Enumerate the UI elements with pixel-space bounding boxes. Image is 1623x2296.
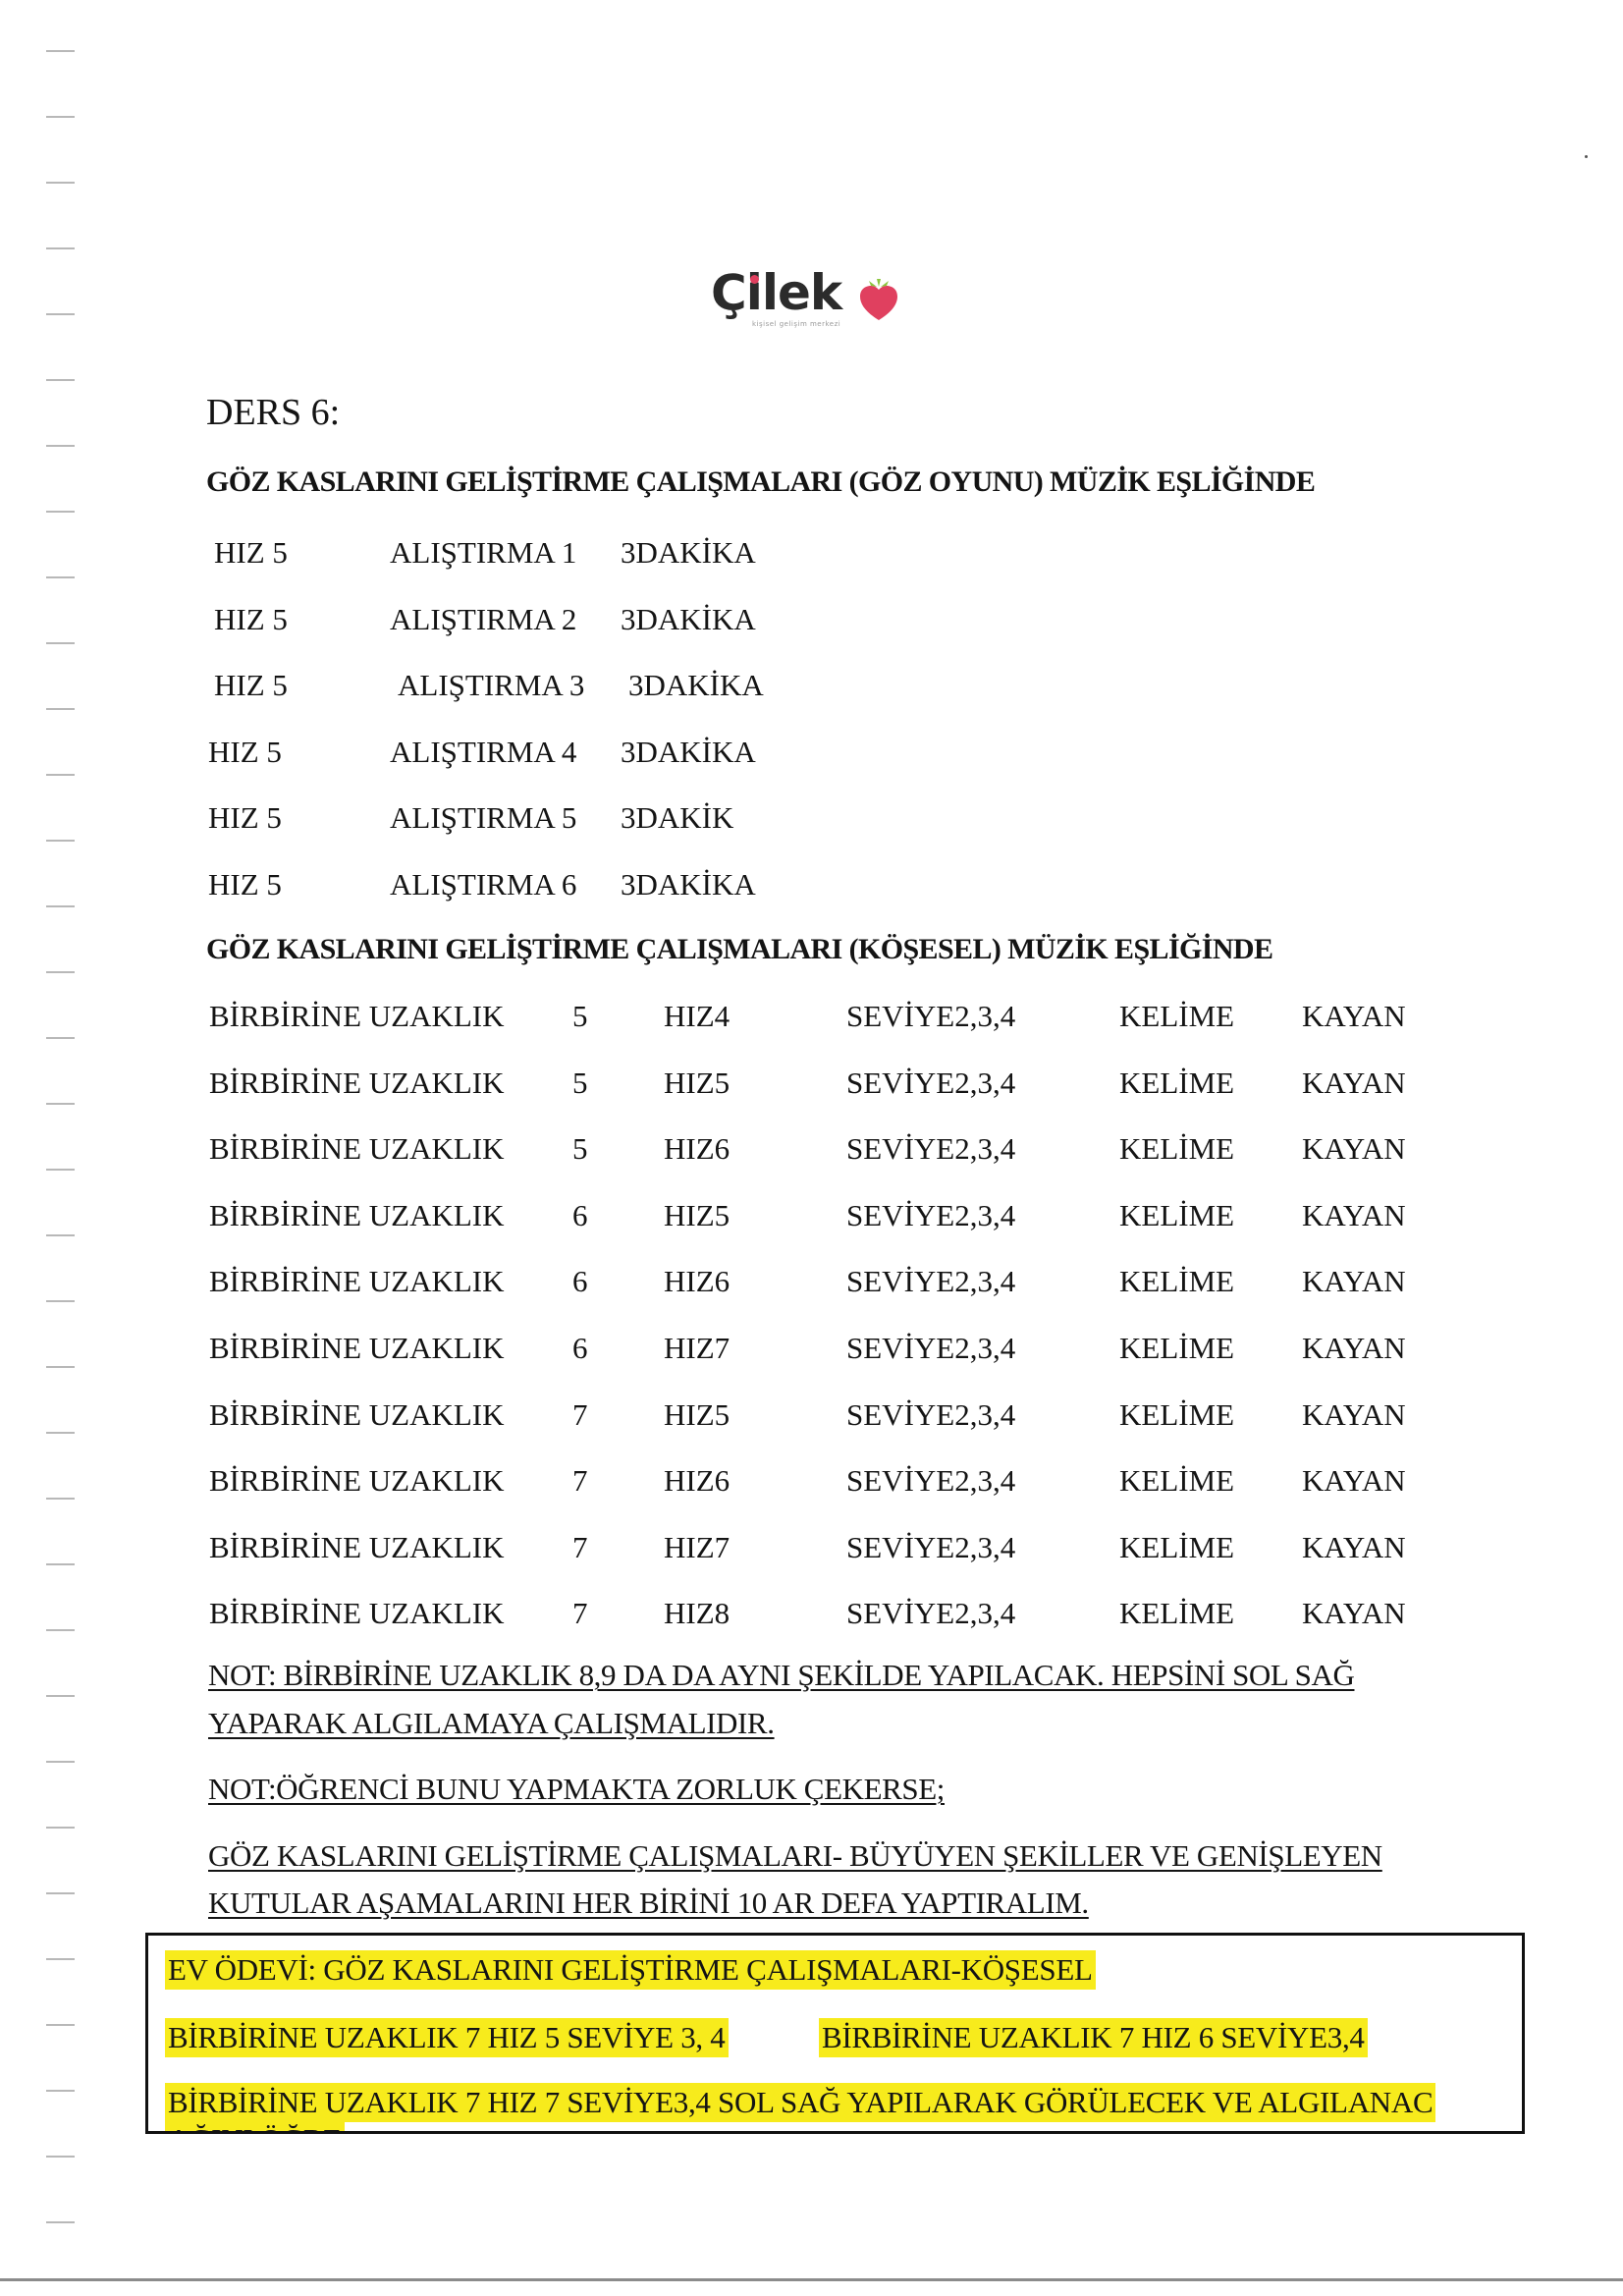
note1-line2: YAPARAK ALGILAMAYA ÇALIŞMALIDIR. bbox=[208, 1706, 775, 1741]
section2-row-level: SEVİYE2,3,4 bbox=[846, 1131, 1015, 1167]
section2-row-speed: HIZ5 bbox=[664, 1397, 730, 1433]
section2-row-mode: KAYAN bbox=[1302, 1264, 1406, 1299]
note3-line1: GÖZ KASLARINI GELİŞTİRME ÇALIŞMALARI- BÜ… bbox=[208, 1838, 1382, 1874]
section2-row-label: BİRBİRİNE UZAKLIK bbox=[209, 1131, 505, 1167]
section2-row-speed: HIZ6 bbox=[664, 1264, 730, 1299]
section2-row-speed: HIZ6 bbox=[664, 1463, 730, 1499]
margin-mark bbox=[46, 971, 75, 973]
margin-mark bbox=[46, 576, 75, 578]
margin-mark bbox=[46, 1103, 75, 1105]
section2-row-speed: HIZ6 bbox=[664, 1131, 730, 1167]
margin-mark bbox=[46, 511, 75, 513]
section1-row-speed: HIZ 5 bbox=[208, 867, 282, 902]
section1-row-duration: 3DAKİKA bbox=[621, 602, 756, 637]
margin-mark bbox=[46, 1892, 75, 1894]
section1-row-speed: HIZ 5 bbox=[214, 535, 288, 571]
margin-mark bbox=[46, 116, 75, 118]
section1-row-exercise: ALIŞTIRMA 3 bbox=[398, 668, 584, 703]
logo-tagline: kişisel gelişim merkezi bbox=[752, 320, 840, 328]
section1-row-speed: HIZ 5 bbox=[208, 800, 282, 836]
section2-row-speed: HIZ5 bbox=[664, 1198, 730, 1233]
section2-row-label: BİRBİRİNE UZAKLIK bbox=[209, 1397, 505, 1433]
section1-row-exercise: ALIŞTIRMA 5 bbox=[390, 800, 576, 836]
homework-line3: BİRBİRİNE UZAKLIK 7 HIZ 7 SEVİYE3,4 SOL … bbox=[165, 2083, 1435, 2122]
section2-row-speed: HIZ5 bbox=[664, 1066, 730, 1101]
section2-row-label: BİRBİRİNE UZAKLIK bbox=[209, 1530, 505, 1565]
strawberry-icon bbox=[858, 277, 899, 322]
section2-row-type: KELİME bbox=[1119, 1198, 1234, 1233]
section2-row-level: SEVİYE2,3,4 bbox=[846, 1066, 1015, 1101]
section2-row-mode: KAYAN bbox=[1302, 1131, 1406, 1167]
note3-line2: KUTULAR AŞAMALARINI HER BİRİNİ 10 AR DEF… bbox=[208, 1886, 1089, 1921]
section2-row-distance: 5 bbox=[572, 999, 588, 1034]
section1-row-duration: 3DAKİKA bbox=[628, 668, 764, 703]
section2-row-level: SEVİYE2,3,4 bbox=[846, 1397, 1015, 1433]
section1-row-exercise: ALIŞTIRMA 4 bbox=[390, 735, 576, 770]
section2-row-mode: KAYAN bbox=[1302, 1463, 1406, 1499]
section2-row-distance: 5 bbox=[572, 1066, 588, 1101]
margin-mark bbox=[46, 1563, 75, 1565]
section2-row-mode: KAYAN bbox=[1302, 999, 1406, 1034]
margin-mark bbox=[46, 905, 75, 907]
margin-mark bbox=[46, 2024, 75, 2026]
homework-line2b: BİRBİRİNE UZAKLIK 7 HIZ 6 SEVİYE3,4 bbox=[819, 2018, 1368, 2057]
section1-row-duration: 3DAKİKA bbox=[621, 867, 756, 902]
margin-mark bbox=[46, 182, 75, 184]
section1-row-duration: 3DAKİKA bbox=[621, 535, 756, 571]
section2-row-mode: KAYAN bbox=[1302, 1198, 1406, 1233]
homework-box: EV ÖDEVİ: GÖZ KASLARINI GELİŞTİRME ÇALIŞ… bbox=[145, 1933, 1525, 2134]
margin-mark bbox=[46, 708, 75, 710]
section2-row-distance: 7 bbox=[572, 1397, 588, 1433]
section2-row-level: SEVİYE2,3,4 bbox=[846, 1463, 1015, 1499]
section2-row-mode: KAYAN bbox=[1302, 1596, 1406, 1631]
section1-row-duration: 3DAKİKA bbox=[621, 735, 756, 770]
margin-mark bbox=[46, 1498, 75, 1500]
margin-mark bbox=[46, 1366, 75, 1368]
section2-row-distance: 7 bbox=[572, 1530, 588, 1565]
section2-row-level: SEVİYE2,3,4 bbox=[846, 1331, 1015, 1366]
section2-row-type: KELİME bbox=[1119, 999, 1234, 1034]
section2-row-mode: KAYAN bbox=[1302, 1397, 1406, 1433]
section2-row-type: KELİME bbox=[1119, 1397, 1234, 1433]
section2-row-level: SEVİYE2,3,4 bbox=[846, 1264, 1015, 1299]
section2-row-speed: HIZ7 bbox=[664, 1530, 730, 1565]
section2-row-type: KELİME bbox=[1119, 1131, 1234, 1167]
margin-mark bbox=[46, 2090, 75, 2092]
margin-mark bbox=[46, 2221, 75, 2223]
margin-mark bbox=[46, 1169, 75, 1171]
section2-row-label: BİRBİRİNE UZAKLIK bbox=[209, 1066, 505, 1101]
section2-row-level: SEVİYE2,3,4 bbox=[846, 1530, 1015, 1565]
section2-row-mode: KAYAN bbox=[1302, 1331, 1406, 1366]
lesson-title: DERS 6: bbox=[206, 391, 340, 434]
scan-speck bbox=[1585, 155, 1588, 158]
section2-row-mode: KAYAN bbox=[1302, 1530, 1406, 1565]
section2-row-distance: 6 bbox=[572, 1264, 588, 1299]
section2-row-distance: 7 bbox=[572, 1596, 588, 1631]
section1-row-speed: HIZ 5 bbox=[214, 602, 288, 637]
section2-row-level: SEVİYE2,3,4 bbox=[846, 1596, 1015, 1631]
section2-row-distance: 6 bbox=[572, 1331, 588, 1366]
margin-mark bbox=[46, 50, 75, 52]
section2-row-label: BİRBİRİNE UZAKLIK bbox=[209, 999, 505, 1034]
section1-heading: GÖZ KASLARINI GELİŞTİRME ÇALIŞMALARI (GÖ… bbox=[206, 465, 1315, 499]
margin-mark bbox=[46, 1037, 75, 1039]
section2-row-label: BİRBİRİNE UZAKLIK bbox=[209, 1198, 505, 1233]
margin-mark bbox=[46, 1958, 75, 1960]
note1-line1: NOT: BİRBİRİNE UZAKLIK 8,9 DA DA AYNI ŞE… bbox=[208, 1658, 1354, 1693]
section2-heading: GÖZ KASLARINI GELİŞTİRME ÇALIŞMALARI (KÖ… bbox=[206, 933, 1272, 966]
section2-row-distance: 5 bbox=[572, 1131, 588, 1167]
margin-mark bbox=[46, 247, 75, 249]
homework-line2a: BİRBİRİNE UZAKLIK 7 HIZ 5 SEVİYE 3, 4 bbox=[165, 2018, 729, 2057]
section2-row-speed: HIZ4 bbox=[664, 999, 730, 1034]
logo: Çilek kişisel gelişim merkezi bbox=[711, 263, 947, 342]
section2-row-type: KELİME bbox=[1119, 1264, 1234, 1299]
section1-row-speed: HIZ 5 bbox=[214, 668, 288, 703]
margin-mark bbox=[46, 1234, 75, 1236]
margin-mark bbox=[46, 774, 75, 776]
section2-row-type: KELİME bbox=[1119, 1331, 1234, 1366]
page-edge bbox=[0, 2278, 1623, 2281]
section2-row-label: BİRBİRİNE UZAKLIK bbox=[209, 1596, 505, 1631]
margin-mark bbox=[46, 1761, 75, 1763]
margin-mark bbox=[46, 1695, 75, 1697]
margin-mark bbox=[46, 1629, 75, 1631]
margin-mark bbox=[46, 1827, 75, 1829]
section1-row-speed: HIZ 5 bbox=[208, 735, 282, 770]
section1-row-exercise: ALIŞTIRMA 6 bbox=[390, 867, 576, 902]
section1-row-duration: 3DAKİK bbox=[621, 800, 733, 836]
logo-wordmark: Çilek bbox=[711, 263, 841, 322]
section2-row-type: KELİME bbox=[1119, 1530, 1234, 1565]
margin-mark bbox=[46, 313, 75, 315]
section2-row-type: KELİME bbox=[1119, 1066, 1234, 1101]
section2-row-level: SEVİYE2,3,4 bbox=[846, 999, 1015, 1034]
margin-mark bbox=[46, 1432, 75, 1434]
section2-row-speed: HIZ7 bbox=[664, 1331, 730, 1366]
margin-mark bbox=[46, 1300, 75, 1302]
section2-row-mode: KAYAN bbox=[1302, 1066, 1406, 1101]
section2-row-speed: HIZ8 bbox=[664, 1596, 730, 1631]
section1-row-exercise: ALIŞTIRMA 1 bbox=[390, 535, 576, 571]
section2-row-type: KELİME bbox=[1119, 1596, 1234, 1631]
margin-mark bbox=[46, 445, 75, 447]
margin-mark bbox=[46, 379, 75, 381]
logo-dot bbox=[750, 275, 759, 284]
note2: NOT:ÖĞRENCİ BUNU YAPMAKTA ZORLUK ÇEKERSE… bbox=[208, 1772, 945, 1807]
section2-row-label: BİRBİRİNE UZAKLIK bbox=[209, 1331, 505, 1366]
section1-row-exercise: ALIŞTIRMA 2 bbox=[390, 602, 576, 637]
margin-mark bbox=[46, 2156, 75, 2158]
margin-mark bbox=[46, 642, 75, 644]
homework-title: EV ÖDEVİ: GÖZ KASLARINI GELİŞTİRME ÇALIŞ… bbox=[165, 1950, 1096, 1990]
homework-line4-clipped: AĞINI ÖĞRE bbox=[165, 2122, 345, 2134]
section2-row-distance: 6 bbox=[572, 1198, 588, 1233]
section2-row-distance: 7 bbox=[572, 1463, 588, 1499]
section2-row-level: SEVİYE2,3,4 bbox=[846, 1198, 1015, 1233]
section2-row-type: KELİME bbox=[1119, 1463, 1234, 1499]
section2-row-label: BİRBİRİNE UZAKLIK bbox=[209, 1463, 505, 1499]
margin-mark bbox=[46, 840, 75, 842]
section2-row-label: BİRBİRİNE UZAKLIK bbox=[209, 1264, 505, 1299]
